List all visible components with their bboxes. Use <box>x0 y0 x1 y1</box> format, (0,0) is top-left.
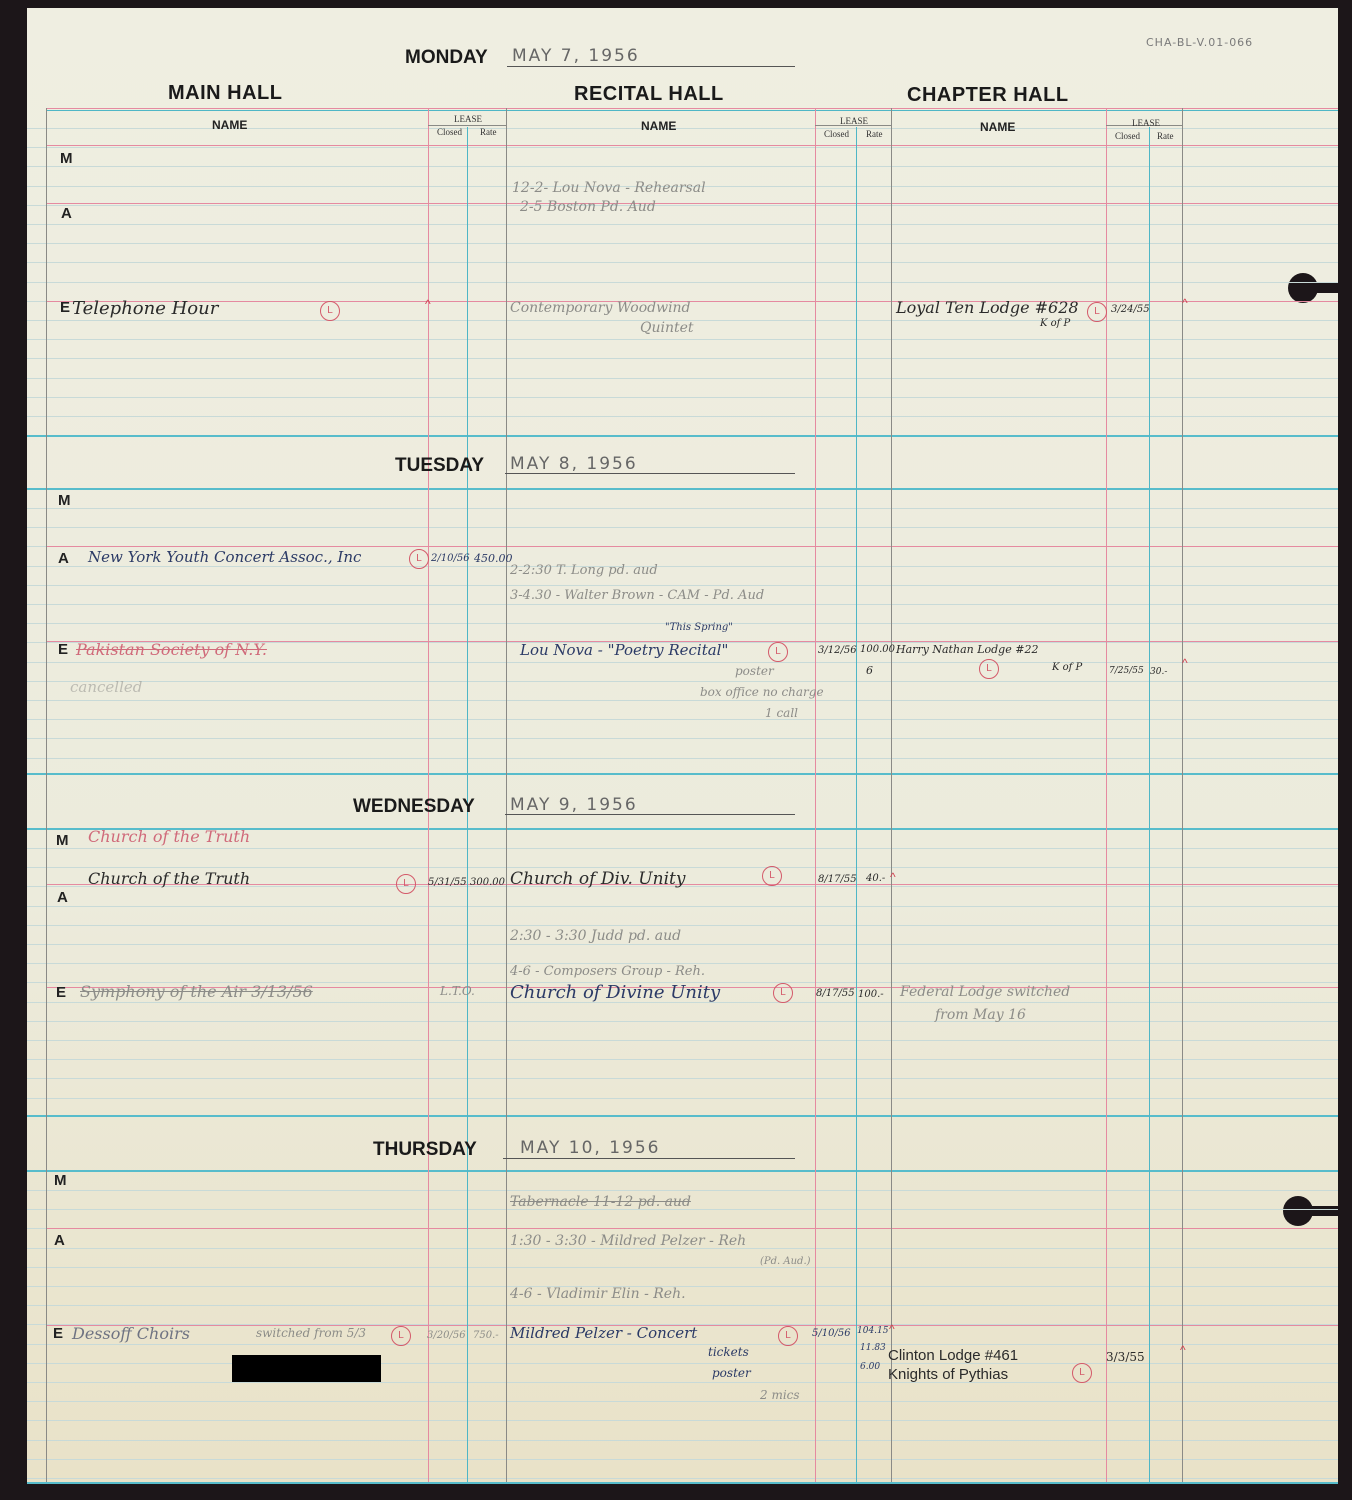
rule-line <box>27 205 1338 206</box>
lease-closed-date: 3/24/55 <box>1111 304 1150 315</box>
column-header-lease: LEASE <box>1132 118 1160 128</box>
booking-name: New York Youth Concert Assoc., Inc <box>88 548 361 566</box>
row-label-afternoon: A <box>58 550 69 567</box>
booking-line: 2:30 - 3:30 Judd pd. aud <box>510 928 681 944</box>
punch-hole-slot <box>1305 283 1340 293</box>
rule-line <box>27 397 1338 398</box>
booking-name: Church of Divine Unity <box>510 982 720 1003</box>
lease-closed-date: 3/20/56 <box>427 1330 466 1341</box>
booking-line: 2-5 Boston Pd. Aud <box>520 199 656 215</box>
rule-line <box>27 527 1338 528</box>
rule-line <box>27 243 1338 244</box>
day-title-tuesday: TUESDAY <box>395 455 484 477</box>
lease-circle-mark: L <box>396 874 416 894</box>
rule-line <box>27 700 1338 701</box>
lease-circle-mark: L <box>391 1326 411 1346</box>
booking-note: Knights of Pythias <box>888 1366 1008 1383</box>
date-underline <box>505 814 795 815</box>
booking-note: tickets <box>708 1345 749 1359</box>
booking-line: Contemporary Woodwind <box>510 300 691 316</box>
day-date-tuesday: MAY 8, 1956 <box>510 454 638 474</box>
lease-closed-date: 5/10/56 <box>812 1328 851 1339</box>
column-line <box>1182 108 1183 1482</box>
booking-line: 4-6 - Composers Group - Reh. <box>510 964 705 979</box>
column-header-closed: Closed <box>1115 131 1140 141</box>
column-header-lease: LEASE <box>454 114 482 124</box>
rule-line <box>27 416 1338 417</box>
booking-note: "This Spring" <box>665 622 733 633</box>
lease-rate-extra: 6 <box>866 664 873 677</box>
date-underline <box>503 1158 795 1159</box>
rule-line <box>27 435 1338 437</box>
booking-name: Church of the Truth <box>88 869 250 888</box>
rule-line <box>27 1021 1338 1022</box>
lease-closed-date: 8/17/55 <box>818 874 857 885</box>
column-line <box>856 127 857 1482</box>
rule-line <box>27 282 1338 283</box>
rule-line <box>27 758 1338 759</box>
booking-name: Loyal Ten Lodge #628 <box>896 298 1079 317</box>
column-header-closed: Closed <box>824 129 849 139</box>
booking-line: Federal Lodge switched <box>900 984 1070 1000</box>
rule-line <box>27 1440 1338 1441</box>
lease-circle-mark: L <box>773 983 793 1003</box>
lease-closed-date: 7/25/55 <box>1109 666 1144 676</box>
lease-rate: 750.- <box>473 1330 499 1341</box>
column-header-rate: Rate <box>1157 131 1174 141</box>
booking-line: 3-4.30 - Walter Brown - CAM - Pd. Aud <box>510 588 764 603</box>
ledger-page <box>27 8 1338 1483</box>
check-mark: ^ <box>1182 296 1188 310</box>
rule-line <box>27 1098 1338 1099</box>
lease-closed-date: 3/3/55 <box>1106 1350 1145 1364</box>
rule-line <box>46 546 1338 547</box>
check-mark: ^ <box>1182 656 1188 670</box>
lease-rate: 450.00 <box>474 552 513 565</box>
booking-name: Mildred Pelzer - Concert <box>510 1324 697 1342</box>
day-title-wednesday: WEDNESDAY <box>353 796 475 818</box>
booking-note: poster <box>712 1366 751 1380</box>
rule-line <box>27 1078 1338 1079</box>
booking-note: K of P <box>1052 662 1082 673</box>
row-label-afternoon: A <box>54 1232 65 1249</box>
check-mark: ^ <box>425 297 431 311</box>
rule-line <box>27 662 1338 663</box>
row-label-morning: M <box>58 492 71 509</box>
column-header-lease: LEASE <box>840 116 868 126</box>
rule-line <box>46 108 1338 109</box>
booking-note: K of P <box>1040 318 1070 329</box>
rule-line <box>27 339 1338 340</box>
column-line <box>506 108 507 1482</box>
rule-line <box>27 224 1338 225</box>
column-header-name: NAME <box>212 118 247 132</box>
row-label-morning: M <box>60 150 73 167</box>
rule-line <box>27 1267 1338 1268</box>
column-line <box>428 108 429 1482</box>
lease-circle-mark: L <box>409 549 429 569</box>
booking-name-cancelled: Pakistan Society of N.Y. <box>76 640 267 659</box>
column-line <box>46 108 47 1482</box>
column-header-rate: Rate <box>480 127 497 137</box>
booking-note: poster <box>735 664 774 678</box>
rule-line <box>27 604 1338 605</box>
date-underline <box>507 66 795 67</box>
lease-closed-date: 8/17/55 <box>816 988 855 999</box>
rule-line <box>27 1059 1338 1060</box>
booking-name: Telephone Hour <box>72 298 218 319</box>
lease-closed-date: 5/31/55 <box>428 877 467 888</box>
day-title-thursday: THURSDAY <box>373 1139 477 1161</box>
rule-line <box>27 1190 1338 1191</box>
rule-line <box>27 1305 1338 1306</box>
lease-rate: 100.- <box>858 989 884 1000</box>
rule-line <box>46 1228 1338 1229</box>
booking-name: Lou Nova - "Poetry Recital" <box>520 641 728 659</box>
rule-line <box>46 145 1338 146</box>
booking-line: 2-2:30 T. Long pd. aud <box>510 563 658 578</box>
booking-name-cancelled: Tabernacle 11-12 pd. aud <box>510 1194 691 1210</box>
booking-name: Church of Div. Unity <box>510 869 685 889</box>
rule-line <box>27 719 1338 720</box>
column-line <box>815 108 816 1482</box>
lease-circle-mark: L <box>778 1326 798 1346</box>
lease-circle-mark: L <box>1087 302 1107 322</box>
rule-line <box>27 1344 1338 1345</box>
rule-line <box>27 867 1338 868</box>
row-label-evening: E <box>60 299 70 316</box>
rule-line <box>27 1040 1338 1041</box>
rule-line <box>428 125 506 126</box>
booking-name: Church of the Truth <box>88 827 250 846</box>
booking-name: Clinton Lodge #461 <box>888 1347 1018 1364</box>
lease-circle-mark: L <box>762 866 782 886</box>
rule-line <box>27 1459 1338 1460</box>
column-header-closed: Closed <box>437 127 462 137</box>
lease-closed-date: 3/12/56 <box>818 645 857 656</box>
column-header-name: NAME <box>980 120 1015 134</box>
hall-title-chapter: CHAPTER HALL <box>907 84 1069 107</box>
rule-line <box>46 301 1338 302</box>
date-underline <box>505 473 795 474</box>
rule-line <box>27 488 1338 490</box>
punch-hole-slot <box>1300 1206 1340 1216</box>
booking-note: box office no charge <box>700 685 824 699</box>
lease-rate: 30.- <box>1150 667 1167 677</box>
rule-line <box>27 848 1338 849</box>
rule-line <box>27 1420 1338 1421</box>
booking-line: Quintet <box>640 320 694 336</box>
check-mark: ^ <box>889 1322 895 1336</box>
lease-circle-mark: L <box>768 642 788 662</box>
rule-line <box>27 906 1338 907</box>
booking-name: Harry Nathan Lodge #22 <box>896 643 1038 656</box>
rule-line <box>27 773 1338 775</box>
lease-circle-mark: L <box>979 659 999 679</box>
rule-line <box>27 1170 1338 1172</box>
hall-title-main: MAIN HALL <box>168 82 282 105</box>
rule-line <box>27 944 1338 945</box>
rule-line <box>27 1482 1338 1484</box>
lease-rate: 300.00 <box>470 877 505 888</box>
row-label-evening: E <box>53 1325 63 1342</box>
rule-line <box>27 566 1338 567</box>
row-label-morning: M <box>56 832 69 849</box>
hall-title-recital: RECITAL HALL <box>574 83 724 106</box>
row-label-evening: E <box>56 984 66 1001</box>
column-line <box>891 108 892 1482</box>
day-date-monday: MAY 7, 1956 <box>512 46 640 66</box>
booking-note: 2 mics <box>760 1388 800 1402</box>
booking-name-cancelled: Symphony of the Air 3/13/56 <box>80 982 313 1001</box>
lease-circle-mark: L <box>1072 1363 1092 1383</box>
day-title-monday: MONDAY <box>405 47 488 69</box>
row-label-afternoon: A <box>61 205 72 222</box>
rule-line <box>46 110 1338 111</box>
rule-line <box>27 262 1338 263</box>
check-mark: ^ <box>1180 1343 1186 1357</box>
booking-note: L.T.O. <box>440 984 475 998</box>
column-line <box>1149 127 1150 1482</box>
rule-line <box>46 203 1338 204</box>
lease-rate-extra: 11.83 <box>860 1343 886 1353</box>
rule-line <box>27 1478 1338 1479</box>
column-header-rate: Rate <box>866 129 883 139</box>
redaction-block <box>232 1355 381 1382</box>
rule-line <box>27 358 1338 359</box>
lease-rate: 104.15 <box>857 1326 889 1336</box>
booking-line: 1:30 - 3:30 - Mildred Pelzer - Reh <box>510 1233 746 1249</box>
booking-note: cancelled <box>70 678 142 696</box>
rule-line <box>27 1401 1338 1402</box>
lease-rate-extra: 6.00 <box>860 1362 880 1372</box>
row-label-morning: M <box>54 1172 67 1189</box>
rule-line <box>27 147 1338 148</box>
rule-line <box>27 925 1338 926</box>
rule-line <box>27 378 1338 379</box>
lease-rate: 40.- <box>866 873 885 884</box>
row-label-evening: E <box>58 641 68 658</box>
rule-line <box>27 1115 1338 1117</box>
day-date-wednesday: MAY 9, 1956 <box>510 795 638 815</box>
rule-line <box>27 508 1338 509</box>
booking-note: (Pd. Aud.) <box>760 1256 811 1267</box>
booking-note: switched from 5/3 <box>256 1326 366 1340</box>
booking-name: Dessoff Choirs <box>72 1324 190 1343</box>
booking-note: 1 call <box>765 706 798 720</box>
catalog-id: CHA-BL-V.01-066 <box>1146 36 1253 49</box>
booking-line: from May 16 <box>935 1007 1026 1023</box>
row-label-afternoon: A <box>57 889 68 906</box>
rule-line <box>27 738 1338 739</box>
rule-line <box>27 681 1338 682</box>
check-mark: ^ <box>890 870 896 884</box>
lease-circle-mark: L <box>320 301 340 321</box>
day-date-thursday: MAY 10, 1956 <box>520 1138 660 1158</box>
lease-rate: 100.00 <box>860 644 895 655</box>
booking-line: 4-6 - Vladimir Elin - Reh. <box>510 1286 686 1302</box>
rule-line <box>27 1382 1338 1383</box>
booking-line: 12-2- Lou Nova - Rehearsal <box>512 180 706 196</box>
rule-line <box>27 585 1338 586</box>
rule-line <box>27 166 1338 167</box>
column-header-name: NAME <box>641 119 676 133</box>
lease-closed-date: 2/10/56 <box>431 553 470 564</box>
